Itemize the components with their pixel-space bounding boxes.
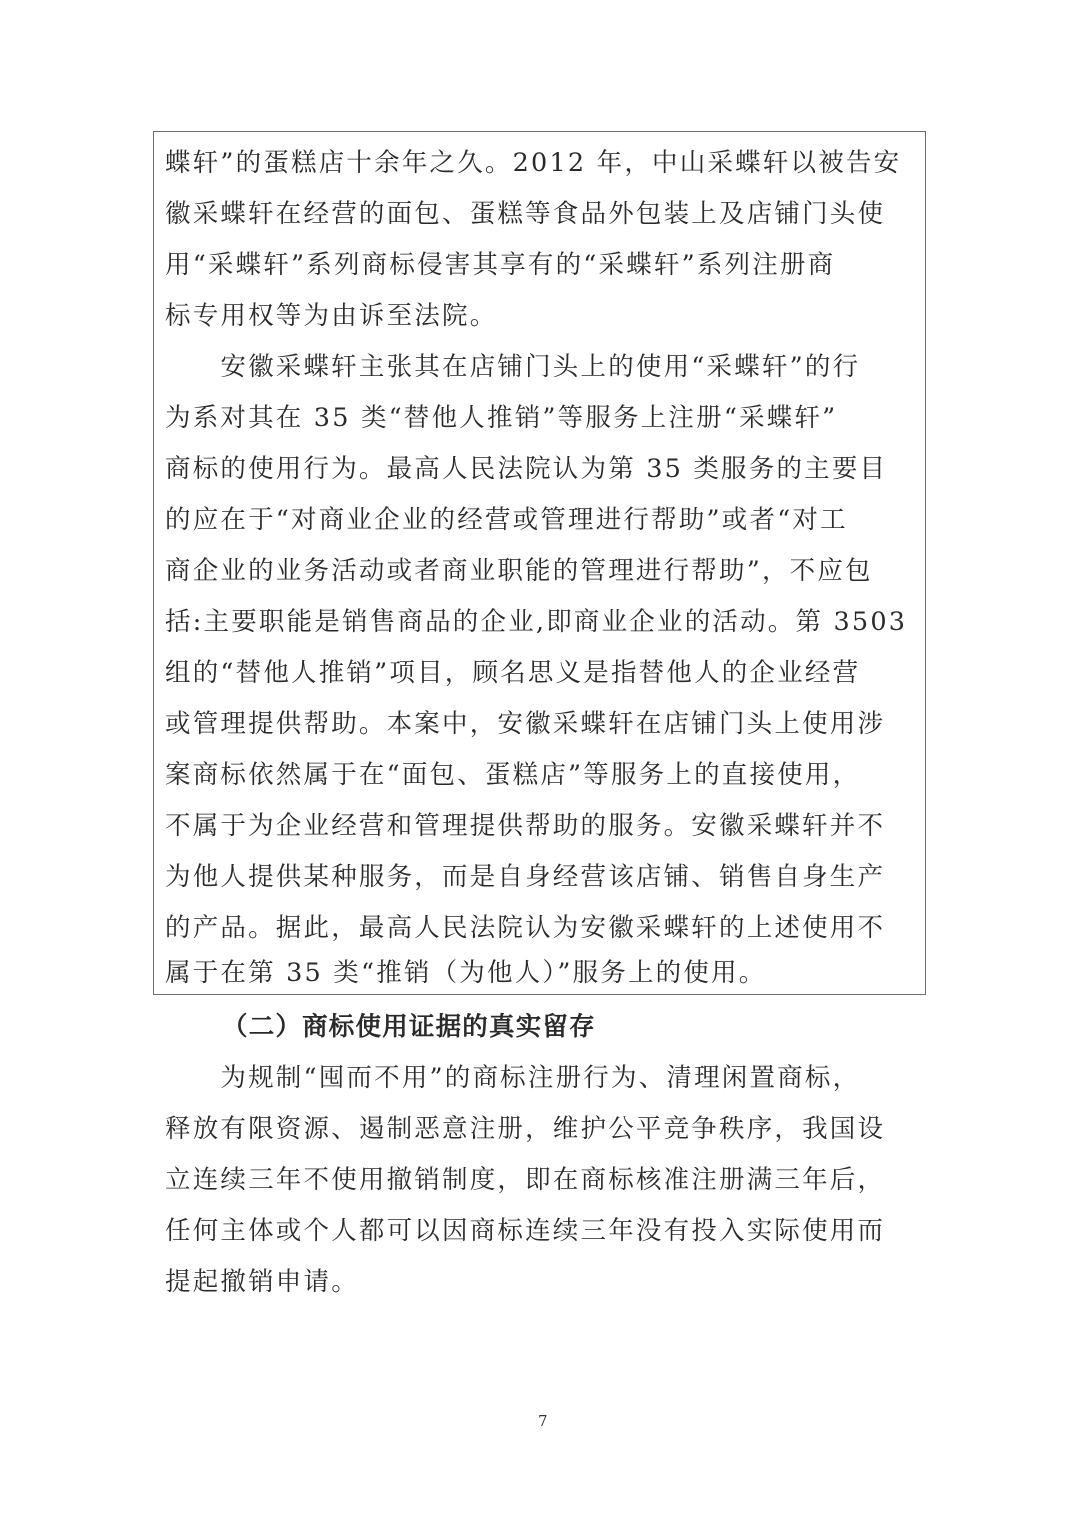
- quote-line: 的产品。据此，最高人民法院认为安徽采蝶轩的上述使用不: [165, 911, 885, 945]
- quote-line: 蝶轩”的蛋糕店十余年之久。2012 年，中山采蝶轩以被告安: [165, 146, 901, 180]
- quote-line: 标专用权等为由诉至法院。: [165, 299, 497, 333]
- body-line: 任何主体或个人都可以因商标连续三年没有投入实际使用而: [165, 1214, 885, 1248]
- body-line: 立连续三年不使用撤销制度，即在商标核准注册满三年后，: [165, 1163, 885, 1197]
- body-line: 释放有限资源、遏制恶意注册，维护公平竞争秩序，我国设: [165, 1112, 885, 1146]
- quote-line: 括:主要职能是销售商品的企业,即商业企业的活动。第 3503: [165, 605, 907, 639]
- quote-line: 为系对其在 35 类“替他人推销”等服务上注册“采蝶轩”: [165, 401, 837, 435]
- body-line: 为规制“囤而不用”的商标注册行为、清理闲置商标，: [165, 1061, 860, 1095]
- quote-line: 的应在于“对商业企业的经营或管理进行帮助”或者“对工: [165, 503, 848, 537]
- quote-line: 安徽采蝶轩主张其在店铺门头上的使用“采蝶轩”的行: [165, 350, 860, 384]
- quote-line: 用“采蝶轩”系列商标侵害其享有的“采蝶轩”系列注册商: [165, 248, 835, 282]
- quote-line: 为他人提供某种服务，而是自身经营该店铺、销售自身生产: [165, 860, 885, 894]
- quote-line: 徽采蝶轩在经营的面包、蛋糕等食品外包装上及店铺门头使: [165, 197, 885, 231]
- quote-line: 商企业的业务活动或者商业职能的管理进行帮助”，不应包: [165, 554, 873, 588]
- page-number: 7: [538, 1412, 548, 1430]
- section-heading: （二）商标使用证据的真实留存: [222, 1010, 596, 1044]
- quote-line: 属于在第 35 类“推销（为他人）”服务上的使用。: [165, 956, 766, 990]
- body-line: 提起撤销申请。: [165, 1265, 359, 1299]
- quote-line: 商标的使用行为。最高人民法院认为第 35 类服务的主要目: [165, 452, 887, 486]
- quote-line: 案商标依然属于在“面包、蛋糕店”等服务上的直接使用，: [165, 758, 860, 792]
- quote-line: 不属于为企业经营和管理提供帮助的服务。安徽采蝶轩并不: [165, 809, 885, 843]
- quote-line: 组的“替他人推销”项目，顾名思义是指替他人的企业经营: [165, 656, 860, 690]
- quote-line: 或管理提供帮助。本案中，安徽采蝶轩在店铺门头上使用涉: [165, 707, 885, 741]
